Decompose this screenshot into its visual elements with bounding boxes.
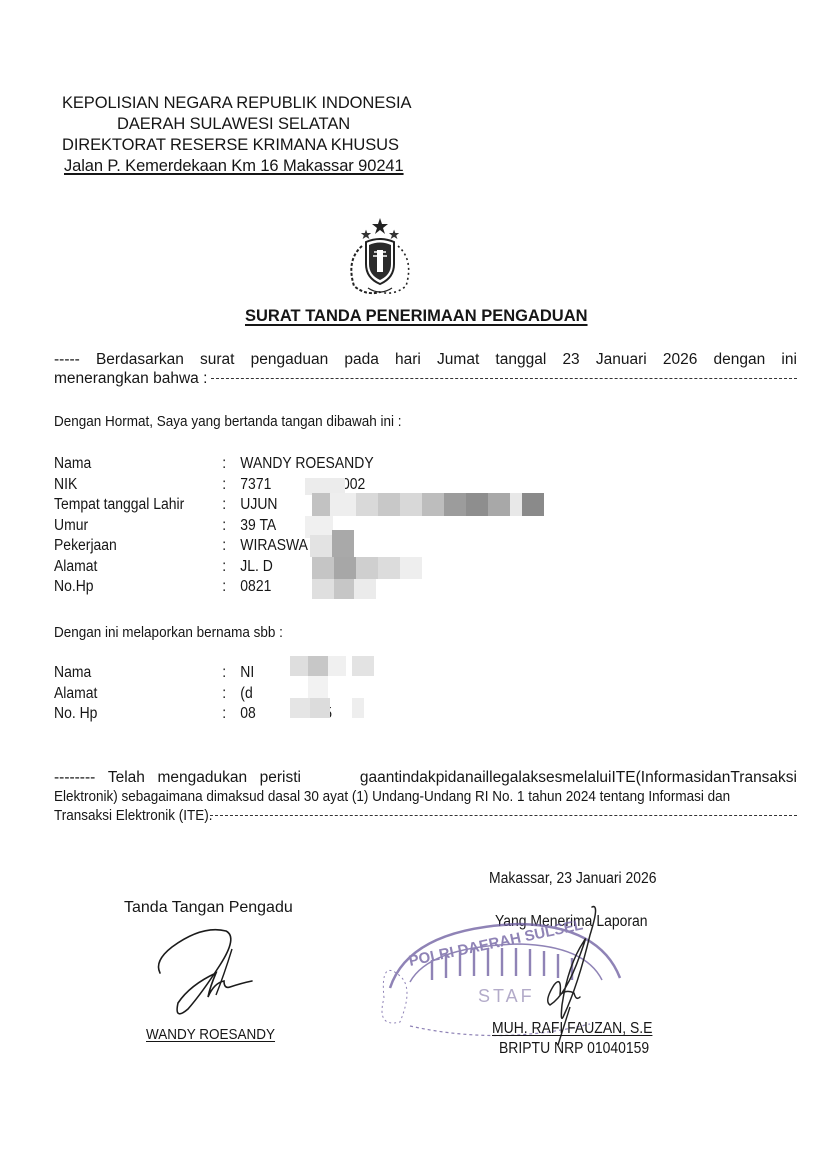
field-label: Tempat tanggal Lahir xyxy=(54,495,222,516)
word: 23 xyxy=(562,350,579,369)
dash-fill-line xyxy=(210,815,797,816)
statement-line-1: --------Telahmengadukanperisti gaantinda… xyxy=(54,768,797,787)
field-separator: : xyxy=(222,684,240,705)
word: illegal xyxy=(482,768,522,787)
word: akses xyxy=(522,768,563,787)
word: melalui xyxy=(562,768,611,787)
word: peristi xyxy=(260,768,301,787)
field-value-text: 7371 xyxy=(240,476,271,493)
field-separator: : xyxy=(222,516,240,537)
document-title: SURAT TANDA PENERIMAAN PENGADUAN xyxy=(245,307,588,326)
statement-text-2b: asal 30 ayat (1) Undang-Undang RI No. 1 … xyxy=(275,787,730,806)
field-value-text: (d xyxy=(240,685,252,702)
word: 2026 xyxy=(663,350,697,369)
word: hari xyxy=(395,350,421,369)
field-value-text: WANDY ROESANDY xyxy=(240,455,373,472)
place-and-date: Makassar, 23 Januari 2026 xyxy=(489,870,657,888)
stamp-center-text: STAF xyxy=(478,986,535,1006)
field-separator: : xyxy=(222,454,240,475)
complainant-signature-title: Tanda Tangan Pengadu xyxy=(124,899,293,917)
field-label: Alamat xyxy=(54,557,222,578)
field-separator: : xyxy=(222,536,240,557)
complainant-heading: Dengan Hormat, Saya yang bertanda tangan… xyxy=(54,413,401,430)
field-label: No. Hp xyxy=(54,704,222,725)
field-label: Nama xyxy=(54,454,222,475)
info-row: Nama:WANDY ROESANDY xyxy=(54,454,374,475)
word: pada xyxy=(344,350,378,369)
field-separator: : xyxy=(222,577,240,598)
statement-line-3: Transaksi Elektronik (ITE). xyxy=(54,806,797,825)
word: ----- xyxy=(54,350,80,369)
field-value-text: NI xyxy=(240,664,254,681)
statement-paragraph: --------Telahmengadukanperisti gaantinda… xyxy=(54,768,797,825)
reported-heading: Dengan ini melaporkan bernama sbb : xyxy=(54,624,283,641)
word: dengan xyxy=(713,350,765,369)
polri-emblem-icon xyxy=(332,216,428,302)
field-label: Pekerjaan xyxy=(54,536,222,557)
letterhead-region: DAERAH SULAWESI SELATAN xyxy=(62,114,411,135)
word: Transaksi xyxy=(730,768,797,787)
officer-name: MUH. RAFI FAUZAN, S.E xyxy=(492,1020,652,1038)
field-value-text: 39 TA xyxy=(240,517,276,534)
intro-line-1: -----BerdasarkansuratpengaduanpadahariJu… xyxy=(54,350,797,369)
field-value-text: 08 xyxy=(240,705,256,722)
field-value-text: UJUN xyxy=(240,496,277,513)
field-label: Umur xyxy=(54,516,222,537)
intro-text: menerangkan bahwa : xyxy=(54,369,207,388)
field-separator: : xyxy=(222,663,240,684)
word: ini xyxy=(781,350,797,369)
word: Berdasarkan xyxy=(96,350,184,369)
field-value-text: WIRASWA xyxy=(240,537,308,554)
field-separator: : xyxy=(222,557,240,578)
field-label: NIK xyxy=(54,475,222,496)
intro-line-2: menerangkan bahwa : xyxy=(54,369,797,388)
letterhead-address: Jalan P. Kemerdekaan Km 16 Makassar 9024… xyxy=(62,156,411,177)
word: Jumat xyxy=(437,350,479,369)
word: tindak xyxy=(394,768,435,787)
statement-text-2a: Elektronik) sebagaimana dimaksud d xyxy=(54,787,275,806)
field-value-text: 0821 xyxy=(240,578,271,595)
word: ITE xyxy=(611,768,635,787)
letterhead: KEPOLISIAN NEGARA REPUBLIK INDONESIA DAE… xyxy=(62,93,411,177)
word: Januari xyxy=(596,350,647,369)
word: gaan xyxy=(360,768,394,787)
dash-fill-line xyxy=(211,378,797,379)
field-label: No.Hp xyxy=(54,577,222,598)
field-value: WANDY ROESANDY xyxy=(240,454,373,475)
statement-text-3: Transaksi Elektronik (ITE). xyxy=(54,806,213,825)
word: pengaduan xyxy=(251,350,329,369)
statement-line-2: Elektronik) sebagaimana dimaksud d asal … xyxy=(54,787,723,806)
field-separator: : xyxy=(222,495,240,516)
field-label: Alamat xyxy=(54,684,222,705)
field-label: Nama xyxy=(54,663,222,684)
word: tanggal xyxy=(495,350,546,369)
word: dan xyxy=(705,768,731,787)
word: (Informasi xyxy=(636,768,705,787)
complainant-name-signature: WANDY ROESANDY xyxy=(146,1026,275,1043)
word: surat xyxy=(200,350,234,369)
word: mengadukan xyxy=(157,768,247,787)
letterhead-institution: KEPOLISIAN NEGARA REPUBLIK INDONESIA xyxy=(62,93,411,114)
complainant-signature-icon xyxy=(150,925,270,1030)
field-separator: : xyxy=(222,704,240,725)
officer-rank-nrp: BRIPTU NRP 01040159 xyxy=(499,1040,649,1058)
word: pidana xyxy=(436,768,483,787)
field-separator: : xyxy=(222,475,240,496)
intro-paragraph: -----BerdasarkansuratpengaduanpadahariJu… xyxy=(54,350,797,388)
word: -------- xyxy=(54,768,95,787)
letterhead-directorate: DIREKTORAT RESERSE KRIMANA KHUSUS xyxy=(62,135,411,156)
word: Telah xyxy=(108,768,145,787)
field-value-text: JL. D xyxy=(240,558,273,575)
